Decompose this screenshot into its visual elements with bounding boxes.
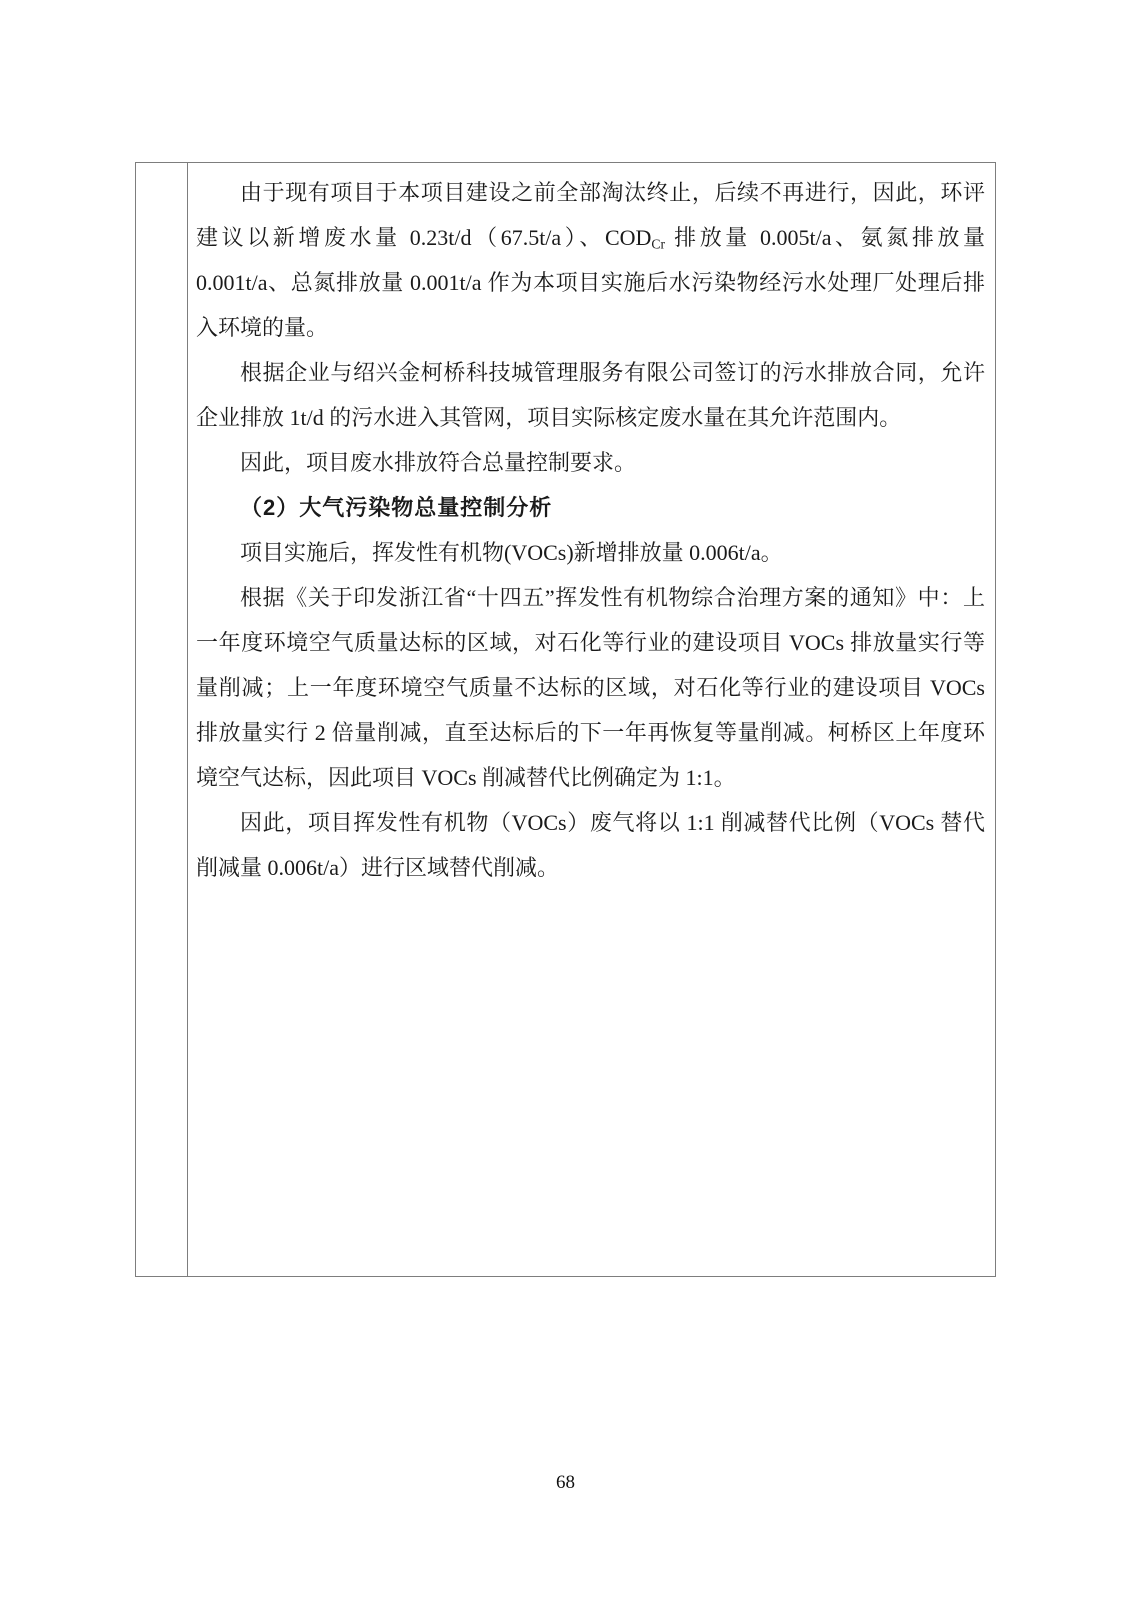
- content-cell: 由于现有项目于本项目建设之前全部淘汰终止，后续不再进行，因此，环评建议以新增废水…: [188, 163, 995, 1276]
- paragraph-vocs-new-emission: 项目实施后，挥发性有机物(VOCs)新增排放量 0.006t/a。: [196, 530, 985, 575]
- page-number: 68: [0, 1472, 1131, 1494]
- content-table: 由于现有项目于本项目建设之前全部淘汰终止，后续不再进行，因此，环评建议以新增废水…: [135, 162, 996, 1277]
- row-label-cell: [136, 163, 188, 1276]
- paragraph-vocs-policy: 根据《关于印发浙江省“十四五”挥发性有机物综合治理方案的通知》中：上一年度环境空…: [196, 575, 985, 800]
- document-page: 由于现有项目于本项目建设之前全部淘汰终止，后续不再进行，因此，环评建议以新增废水…: [0, 0, 1131, 1600]
- paragraph-wastewater-conclusion: 因此，项目废水排放符合总量控制要求。: [196, 440, 985, 485]
- paragraph-sewage-contract: 根据企业与绍兴金柯桥科技城管理服务有限公司签订的污水排放合同，允许企业排放 1t…: [196, 350, 985, 440]
- section-heading-air-pollutant-control: （2）大气污染物总量控制分析: [196, 485, 985, 530]
- paragraph-wastewater-total: 由于现有项目于本项目建设之前全部淘汰终止，后续不再进行，因此，环评建议以新增废水…: [196, 170, 985, 350]
- cod-subscript: Cr: [651, 236, 665, 251]
- paragraph-vocs-conclusion: 因此，项目挥发性有机物（VOCs）废气将以 1:1 削减替代比例（VOCs 替代…: [196, 800, 985, 890]
